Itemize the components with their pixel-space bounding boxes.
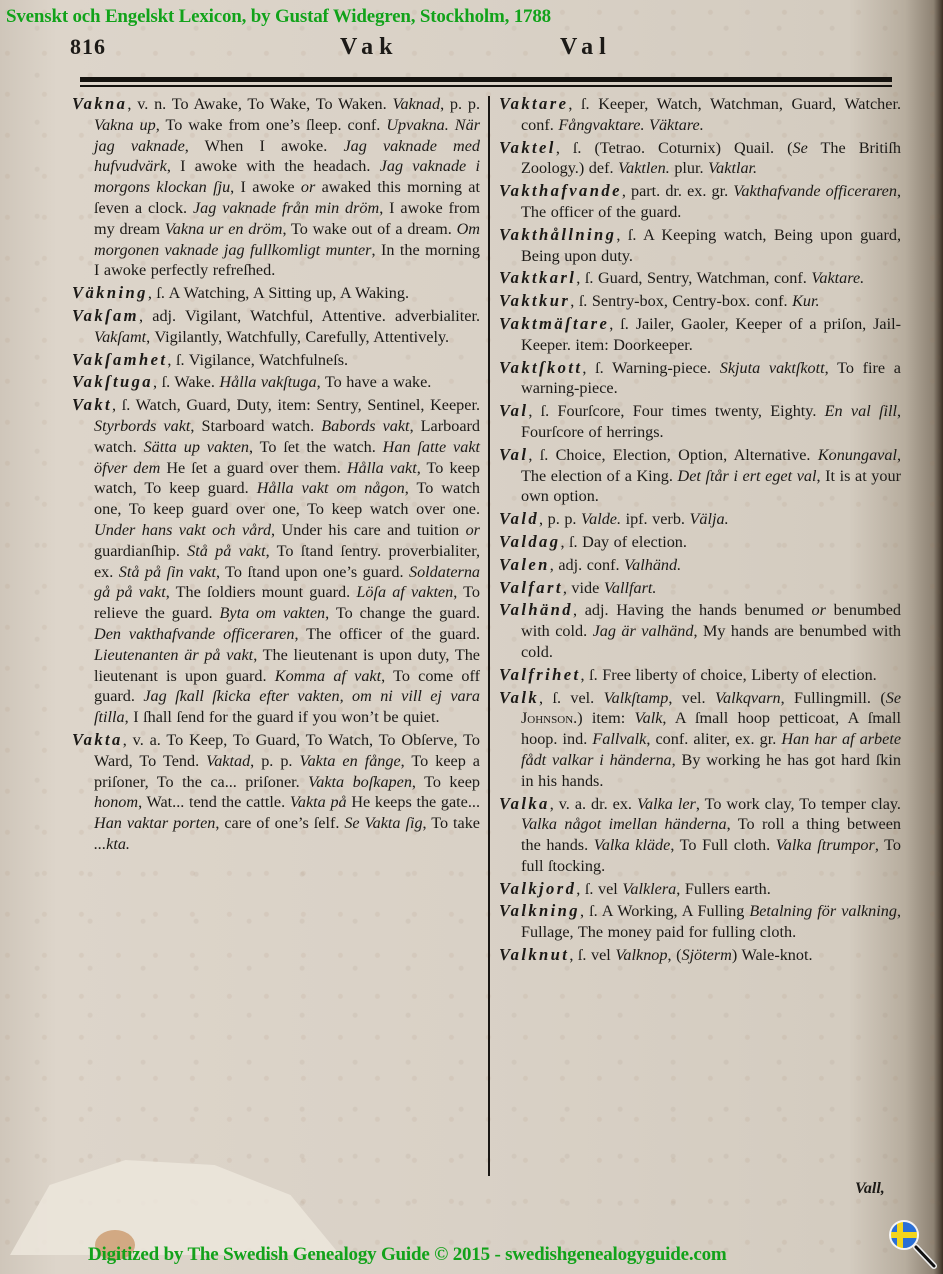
definition-text: , To Full cloth. <box>670 836 775 854</box>
definition-text: , I ſhall ſend for the guard if you won’… <box>125 708 440 726</box>
headword: Valhänd <box>499 600 573 619</box>
swedish-phrase: Hålla vakt <box>347 459 417 477</box>
dictionary-entry: Val, ſ. Fourſcore, Four times twenty, Ei… <box>499 401 901 443</box>
dictionary-entry: Vakthafvande, part. dr. ex. gr. Vakthafv… <box>499 181 901 223</box>
dictionary-entry: Vaktmäſtare, ſ. Jailer, Gaoler, Keeper o… <box>499 314 901 356</box>
left-column: Vakna, v. n. To Awake, To Wake, To Waken… <box>72 94 480 857</box>
watermark-title: Svenskt och Engelskt Lexicon, by Gustaf … <box>6 6 551 28</box>
definition-text: , care of one’s ſelf. <box>215 814 344 832</box>
dictionary-entry: Vald, p. p. Valde. ipf. verb. Välja. <box>499 509 901 530</box>
dictionary-entry: Vakthållning, ſ. A Keeping watch, Being … <box>499 225 901 267</box>
swedish-phrase: Hålla vakt om någon <box>257 479 405 497</box>
definition-text: , p. p. <box>539 510 581 528</box>
definition-text: , p. p. <box>440 95 480 113</box>
swedish-phrase: Babords vakt <box>321 417 409 435</box>
swedish-phrase: Styrbords vakt <box>94 417 190 435</box>
swedish-phrase: Under hans vakt och vård <box>94 521 271 539</box>
headword: Vaktare <box>499 94 568 113</box>
definition-text: , ſ. Sentry-box, Centry-box. conf. <box>570 292 792 310</box>
swedish-phrase: Vakta på <box>290 793 347 811</box>
swedish-phrase: Byta om vakten <box>220 604 326 622</box>
swedish-phrase: Vallfart. <box>604 579 657 597</box>
headword: Vakſamhet <box>72 350 167 369</box>
swedish-phrase: Hålla vakſtuga <box>219 373 316 391</box>
dictionary-entry: Vakſamhet, ſ. Vigilance, Watchfulneſs. <box>72 350 480 371</box>
swedish-phrase: Se <box>344 814 359 832</box>
right-column: Vaktare, ſ. Keeper, Watch, Watchman, Gua… <box>499 94 901 968</box>
digitization-credit: Digitized by The Swedish Genealogy Guide… <box>88 1244 727 1266</box>
dictionary-entry: Vaktſkott, ſ. Warning-piece. Skjuta vakt… <box>499 358 901 400</box>
definition-text: , ſ. Day of election. <box>560 533 687 551</box>
definition-text: , I awoke <box>230 178 301 196</box>
swedish-phrase: Han vaktar porten <box>94 814 215 832</box>
definition-text: , v. a. dr. ex. <box>550 795 637 813</box>
dictionary-entry: Valhänd, adj. Having the hands benumed o… <box>499 600 901 662</box>
dictionary-entry: Vakt, ſ. Watch, Guard, Duty, item: Sentr… <box>72 395 480 728</box>
swedish-phrase: Valka något imellan händerna <box>521 815 727 833</box>
definition-text: ) item: <box>577 709 634 727</box>
swedish-phrase: or <box>811 601 825 619</box>
swedish-phrase: Jag är valhänd <box>593 622 694 640</box>
swedish-phrase: honom <box>94 793 138 811</box>
swedish-phrase: or <box>301 178 315 196</box>
dictionary-entry: Vaktkarl, ſ. Guard, Sentry, Watchman, co… <box>499 268 901 289</box>
headword: Valkning <box>499 901 580 920</box>
headword: Vaktkur <box>499 291 570 310</box>
swedish-phrase: Vakna ur en dröm <box>165 220 283 238</box>
paper-tear-damage <box>10 1155 340 1255</box>
definition-text: , Starboard watch. <box>190 417 321 435</box>
dictionary-entry: Vaktare, ſ. Keeper, Watch, Watchman, Gua… <box>499 94 901 136</box>
swedish-phrase: Vaktlar. <box>708 159 757 177</box>
headword: Valkjord <box>499 879 576 898</box>
definition-text: , To take <box>423 814 480 832</box>
header-rule <box>80 77 892 87</box>
definition-text: , ſ. vel. <box>539 689 604 707</box>
definition-text: , ſ. Wake. <box>153 373 219 391</box>
definition-text: , To ſtand upon one’s guard. <box>216 563 409 581</box>
guide-word-first: Vak <box>340 34 398 61</box>
swedish-phrase: Komma af vakt <box>275 667 381 685</box>
swedish-phrase: Se <box>792 139 807 157</box>
swedish-phrase: Vakſamt <box>94 328 146 346</box>
swedish-phrase: Valka ler <box>637 795 696 813</box>
definition-text: , The ſoldiers mount guard. <box>166 583 357 601</box>
dictionary-entry: Vakta, v. a. To Keep, To Guard, To Watch… <box>72 730 480 855</box>
definition-text: He ſet a guard over them. <box>160 459 347 477</box>
swedish-phrase: ...kta. <box>94 835 130 853</box>
swedish-phrase: Konungaval <box>818 446 897 464</box>
definition-text: guardianſhip. <box>94 542 187 560</box>
dictionary-entry: Valfrihet, ſ. Free liberty of choice, Li… <box>499 665 901 686</box>
swedish-phrase: Sjöterm <box>681 946 731 964</box>
headword: Vaktſkott <box>499 358 582 377</box>
definition-text: , vide <box>563 579 604 597</box>
definition-text: , ſ. vel <box>569 946 615 964</box>
dictionary-entry: Valkjord, ſ. vel Valklera, Fullers earth… <box>499 879 901 900</box>
headword: Valdag <box>499 532 560 551</box>
headword: Vaktmäſtare <box>499 314 609 333</box>
headword: Valk <box>499 688 539 707</box>
definition-text: ipf. verb. <box>621 510 689 528</box>
definition-text: , To keep <box>412 773 480 791</box>
dictionary-entry: Valkning, ſ. A Working, A Fulling Betaln… <box>499 901 901 943</box>
swedish-phrase: Stå på vakt <box>187 542 265 560</box>
headword: Vaktkarl <box>499 268 576 287</box>
swedish-phrase: Vakta boſkapen <box>308 773 412 791</box>
dictionary-entry: Val, ſ. Choice, Election, Option, Altern… <box>499 445 901 507</box>
swedish-phrase: Lieutenanten är på vakt <box>94 646 253 664</box>
definition-text: , p. p. <box>250 752 299 770</box>
headword: Vakna <box>72 94 127 113</box>
headword: Valknut <box>499 945 569 964</box>
swedish-phrase: Den vakthafvande officeraren <box>94 625 294 643</box>
catchword: Vall, <box>855 1180 885 1198</box>
dictionary-entry: Väkning, ſ. A Watching, A Sitting up, A … <box>72 283 480 304</box>
definition-text: , To ſet the watch. <box>249 438 383 456</box>
definition-text: , ſ. Guard, Sentry, Watchman, conf. <box>576 269 811 287</box>
definition-text: , adj. Having the hands benumed <box>573 601 811 619</box>
swedish-phrase: Kur. <box>792 292 819 310</box>
definition-text: , ( <box>667 946 681 964</box>
headword: Väkning <box>72 283 148 302</box>
dictionary-entry: Valfart, vide Vallfart. <box>499 578 901 599</box>
dictionary-entry: Vakſtuga, ſ. Wake. Hålla vakſtuga, To ha… <box>72 372 480 393</box>
dictionary-entry: Vakna, v. n. To Awake, To Wake, To Waken… <box>72 94 480 281</box>
headword: Vakthafvande <box>499 181 622 200</box>
swedish-phrase: Vakthafvande officeraren <box>733 182 897 200</box>
column-divider <box>488 96 490 1176</box>
swedish-phrase: Betalning för valkning <box>749 902 897 920</box>
swedish-phrase: Valklera <box>622 880 676 898</box>
definition-text: , To have a wake. <box>317 373 432 391</box>
dictionary-entry: Vaktel, ſ. (Tetrao. Coturnix) Quail. (Se… <box>499 138 901 180</box>
swedish-phrase: Se <box>886 689 901 707</box>
headword: Valka <box>499 794 550 813</box>
definition-text: , adj. conf. <box>550 556 624 574</box>
definition-text: , v. n. To Awake, To Wake, To Waken. <box>127 95 392 113</box>
definition-text: , ſ. Free liberty of choice, Liberty of … <box>581 666 877 684</box>
definition-text: plur. <box>670 159 708 177</box>
dictionary-entry: Vaktkur, ſ. Sentry-box, Centry-box. conf… <box>499 291 901 312</box>
definition-text: Johnson. <box>521 709 577 727</box>
definition-text: , ſ. (Tetrao. Coturnix) Quail. ( <box>556 139 793 157</box>
swedish-phrase: Vakta en fånge <box>299 752 400 770</box>
definition-text: , ſ. Warning-piece. <box>582 359 719 377</box>
swedish-phrase: Det ſtår i ert eget val <box>678 467 817 485</box>
swedish-phrase: Vaktlen. <box>618 159 670 177</box>
running-head: 816 Vak Val <box>70 34 890 68</box>
swedish-phrase: Sätta up vakten <box>144 438 249 456</box>
headword: Valfart <box>499 578 563 597</box>
swedish-phrase: or <box>466 521 480 539</box>
headword: Vakta <box>72 730 123 749</box>
definition-text: He keeps the gate... <box>347 793 480 811</box>
definition-text: , adj. Vigilant, Watchful, Attentive. ad… <box>139 307 480 325</box>
swedish-phrase: Vaktad <box>206 752 250 770</box>
definition-text: , I awoke with the headach. <box>167 157 380 175</box>
definition-text: , Fullers earth. <box>676 880 771 898</box>
swedish-phrase: Valka ſtrumpor <box>776 836 875 854</box>
swedish-phrase: Stå på ſin vakt <box>119 563 216 581</box>
swedish-phrase: Valk <box>635 709 663 727</box>
swedish-phrase: Skjuta vaktſkott <box>720 359 825 377</box>
headword: Vakſtuga <box>72 372 153 391</box>
swedish-phrase: Valde. <box>581 510 621 528</box>
definition-text: , The officer of the guard. <box>294 625 480 643</box>
swedish-phrase: Vaktare. <box>811 269 864 287</box>
headword: Val <box>499 401 528 420</box>
swedish-phrase: En val ſill <box>825 402 897 420</box>
swedish-phrase: Välja. <box>690 510 729 528</box>
headword: Vald <box>499 509 539 528</box>
definition-text: , When I awoke. <box>185 137 344 155</box>
definition-text: , To wake out of a dream. <box>282 220 456 238</box>
swedish-phrase: Fallvalk <box>592 730 646 748</box>
definition-text: ) Wale-knot. <box>732 946 813 964</box>
dictionary-entry: Vakſam, adj. Vigilant, Watchful, Attenti… <box>72 306 480 348</box>
headword: Val <box>499 445 528 464</box>
definition-text: , To work clay, To temper clay. <box>696 795 901 813</box>
swedish-phrase: Valhänd. <box>624 556 681 574</box>
dictionary-entry: Valen, adj. conf. Valhänd. <box>499 555 901 576</box>
definition-text: , conf. aliter, ex. gr. <box>646 730 781 748</box>
swedish-phrase: Löſa af vakten <box>356 583 453 601</box>
headword: Valen <box>499 555 550 574</box>
definition-text: , Vigilantly, Watchfully, Carefully, Att… <box>146 328 449 346</box>
definition-text: , ſ. Watch, Guard, Duty, item: Sentry, S… <box>112 396 480 414</box>
headword: Vaktel <box>499 138 556 157</box>
headword: Vakſam <box>72 306 139 325</box>
definition-text: , Fullingmill. ( <box>781 689 886 707</box>
dictionary-entry: Valk, ſ. vel. Valkſtamp, vel. Valkqvarn,… <box>499 688 901 792</box>
swedish-phrase: Jag vaknade från min dröm <box>193 199 379 217</box>
swedish-phrase: Valka kläde <box>594 836 671 854</box>
definition-text: , To wake from one’s ſleep. conf. <box>156 116 387 134</box>
definition-text: , ſ. Choice, Election, Option, Alternati… <box>528 446 817 464</box>
swedish-phrase: Vakna up <box>94 116 156 134</box>
swedish-phrase: Valknop <box>615 946 667 964</box>
swedish-flag-magnifier-icon <box>886 1217 938 1269</box>
definition-text: , Wat... tend the cattle. <box>138 793 290 811</box>
headword: Vakthållning <box>499 225 616 244</box>
swedish-phrase: Vaknad <box>392 95 440 113</box>
dictionary-entry: Valdag, ſ. Day of election. <box>499 532 901 553</box>
guide-word-last: Val <box>560 34 612 61</box>
definition-text: , ſ. vel <box>576 880 622 898</box>
dictionary-entry: Valknut, ſ. vel Valknop, (Sjöterm) Wale-… <box>499 945 901 966</box>
definition-text: , ſ. Fourſcore, Four times twenty, Eight… <box>528 402 824 420</box>
headword: Vakt <box>72 395 112 414</box>
swedish-phrase: Valkqvarn <box>715 689 781 707</box>
definition-text: , Under his care and tuition <box>271 521 466 539</box>
headword: Valfrihet <box>499 665 581 684</box>
definition-text: , To change the guard. <box>325 604 480 622</box>
swedish-phrase: Fångvaktare. Väktare. <box>558 116 703 134</box>
page-number: 816 <box>70 34 106 60</box>
swedish-phrase: Vakta ſig <box>365 814 423 832</box>
definition-text: , ſ. A Watching, A Sitting up, A Waking. <box>148 284 409 302</box>
definition-text: , ſ. Vigilance, Watchfulneſs. <box>167 351 348 369</box>
definition-text: , part. dr. ex. gr. <box>622 182 733 200</box>
swedish-phrase: Valkſtamp <box>604 689 669 707</box>
definition-text: , vel. <box>668 689 715 707</box>
definition-text: , ſ. A Working, A Fulling <box>580 902 749 920</box>
dictionary-entry: Valka, v. a. dr. ex. Valka ler, To work … <box>499 794 901 877</box>
